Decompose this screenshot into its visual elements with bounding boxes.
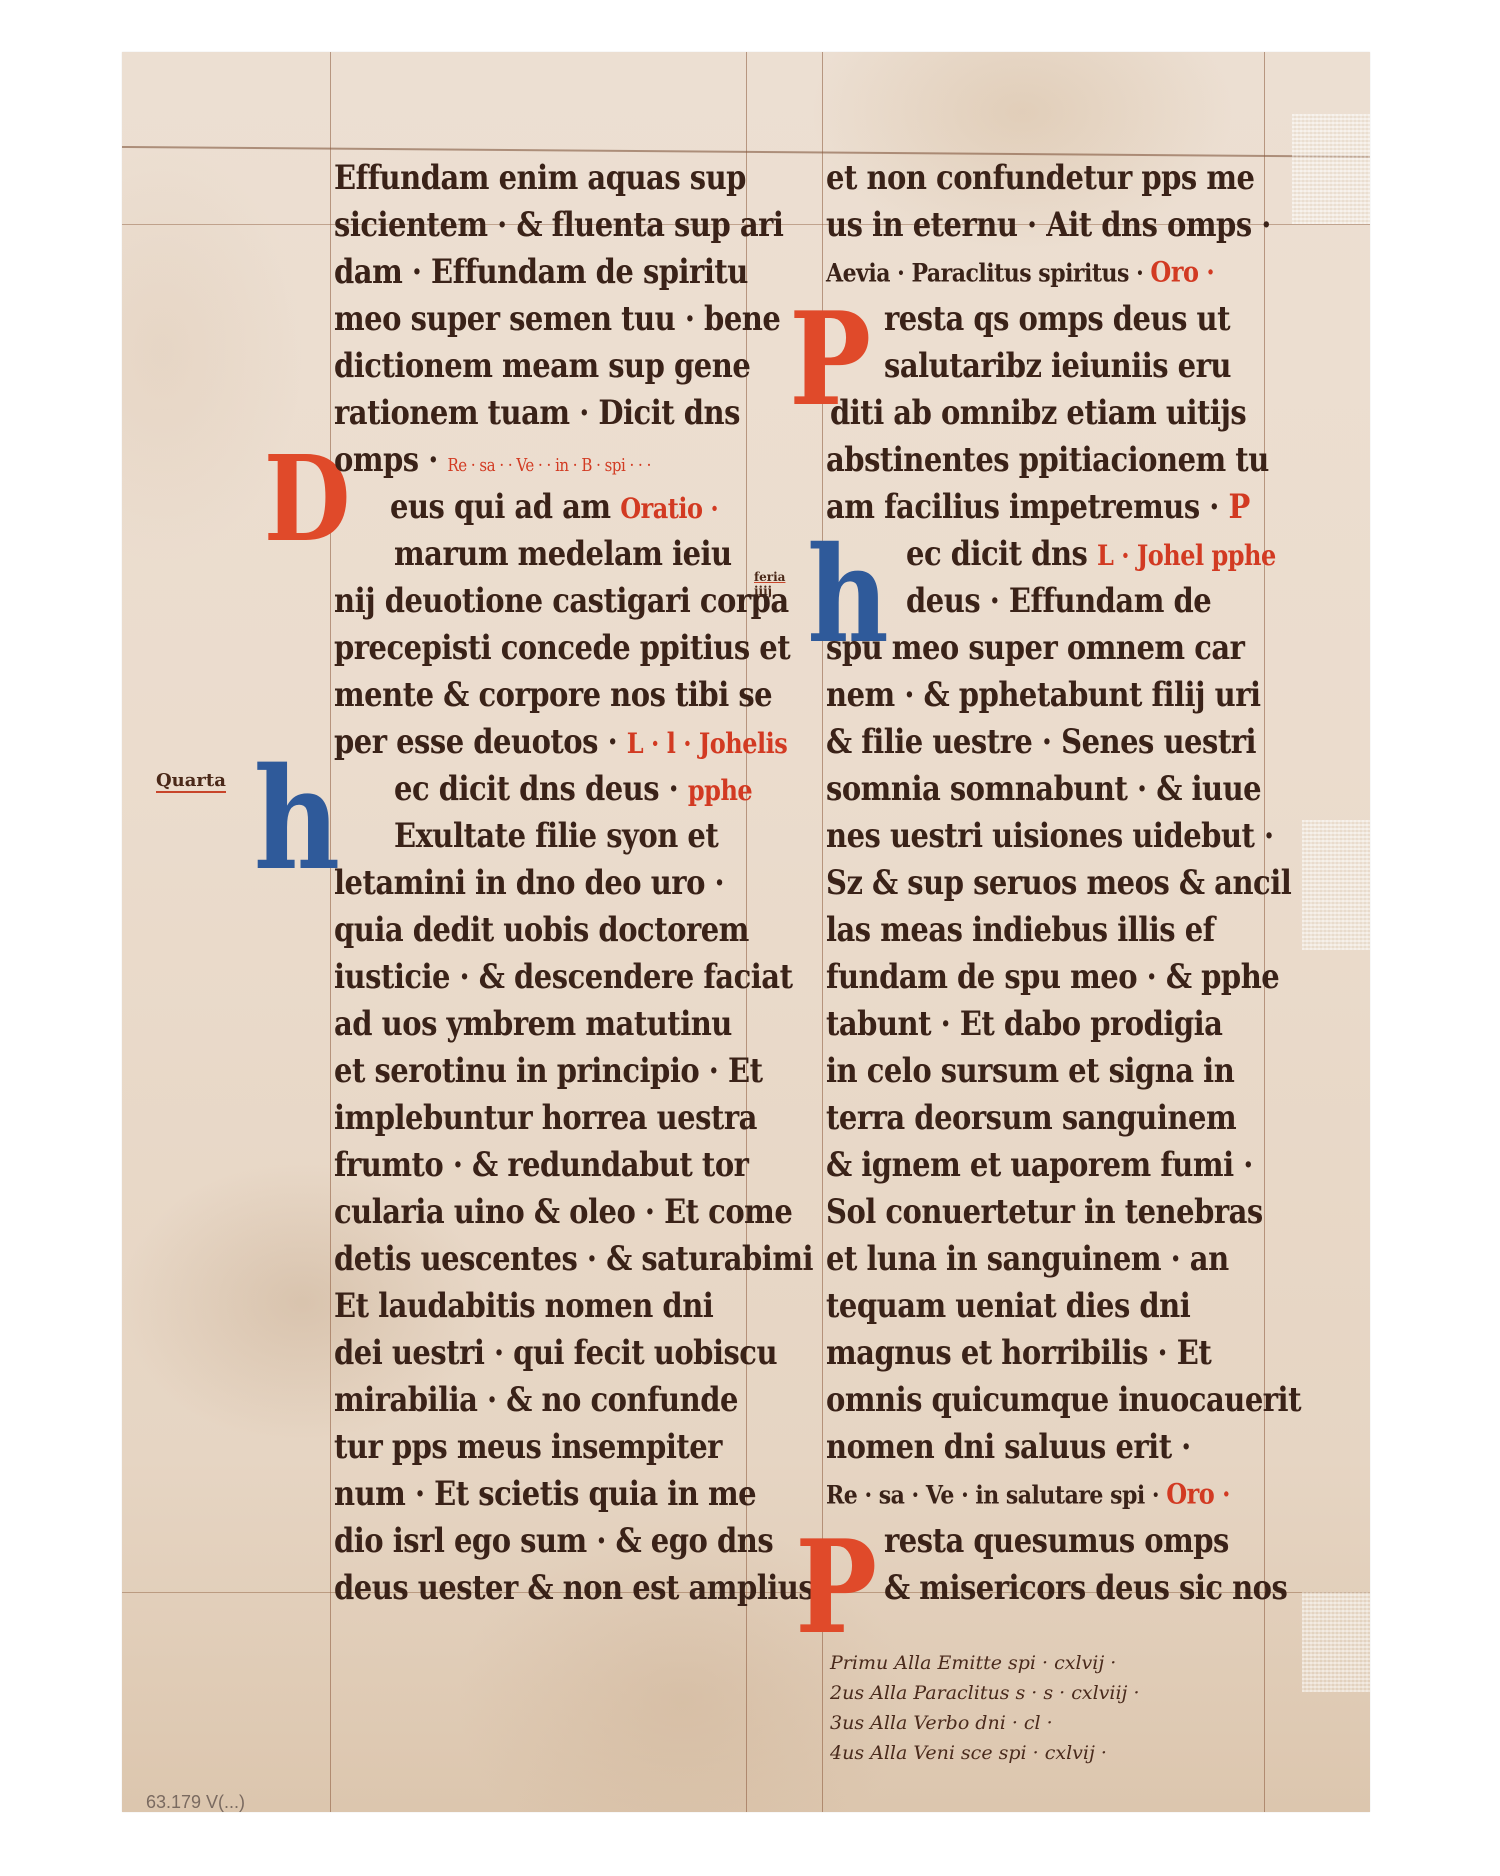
text-line: dictionem meam sup gene [334, 339, 750, 393]
text-line: Aevia · Paraclitus spiritus · Oro · [826, 245, 1214, 299]
text-line: somnia somnabunt · & iuue [826, 762, 1261, 816]
text-line: mente & corpore nos tibi se [334, 668, 772, 722]
text-line: resta quesumus omps [884, 1514, 1229, 1568]
text-line: Sz & sup seruos meos & ancil [826, 856, 1291, 910]
text-segment: am facilius impetremus · [826, 487, 1219, 526]
parchment-repair-patch [1302, 1592, 1370, 1692]
text-line: dei uestri · qui fecit uobiscu [334, 1326, 777, 1380]
text-line: am facilius impetremus · P [826, 480, 1250, 534]
text-line: omnis quicumque inuocauerit [826, 1373, 1301, 1427]
manuscript-leaf: Quarta feria iiij 63.179 V(...) D h Effu… [122, 52, 1370, 1812]
text-line: num · Et scietis quia in me [334, 1467, 756, 1521]
column-ruling-left-start [330, 52, 331, 1812]
text-line: tequam ueniat dies dni [826, 1279, 1190, 1333]
text-segment: per esse deuotos · [334, 722, 617, 761]
rubric-lectio: L · l · Johelis [627, 726, 787, 759]
text-segment: omps · [334, 440, 438, 479]
text-line: mirabilia · & no confunde [334, 1373, 738, 1427]
marginal-alleluia-notes: Primu Alla Emitte spi · cxlvij · 2us All… [830, 1652, 1250, 1782]
text-segment: ec dicit dns deus · [394, 769, 678, 808]
text-line: Et laudabitis nomen dni [334, 1279, 713, 1333]
text-line: meo super semen tuu · bene [334, 292, 780, 346]
text-line: tabunt · Et dabo prodigia [826, 997, 1222, 1051]
parchment-repair-patch [1292, 114, 1370, 224]
text-line: et serotinu in principio · Et [334, 1044, 762, 1098]
rubric-lectio: L · Johel pphe [1097, 538, 1276, 571]
text-line: rationem tuam · Dicit dns [334, 386, 740, 440]
text-line: ec dicit dns deus · pphe [394, 762, 752, 816]
text-line: diti ab omnibz etiam uitijs [830, 386, 1246, 440]
text-line: iusticie · & descendere faciat [334, 950, 792, 1004]
text-segment: ec dicit dns [906, 534, 1087, 573]
text-segment: eus qui ad am [390, 487, 611, 526]
text-line: Effundam enim aquas sup [334, 151, 746, 205]
text-line: quia dedit uobis doctorem [334, 903, 749, 957]
text-line: marum medelam ieiu [394, 527, 732, 581]
text-line: fundam de spu meo · & pphe [826, 950, 1279, 1004]
text-line: nij deuotione castigari corpa [334, 574, 789, 628]
parchment-repair-patch [1302, 820, 1370, 950]
text-line: omps · Re · sa · · Ve · · in · B · spi ·… [334, 433, 651, 487]
text-line: nes uestri uisiones uidebut · [826, 809, 1274, 863]
text-line: Re · sa · Ve · in salutare spi · Oro · [826, 1467, 1230, 1521]
text-line: salutaribz ieiuniis eru [884, 339, 1231, 393]
text-line: Exultate filie syon et [394, 809, 718, 863]
rubric-oratio: Oratio · [620, 491, 718, 524]
marginal-note-line: 4us Alla Veni sce spi · cxlvij · [830, 1742, 1107, 1764]
text-line: us in eternu · Ait dns omps · [826, 198, 1271, 252]
text-line: ad uos ymbrem matutinu [334, 997, 732, 1051]
text-line: Sol conuertetur in tenebras [826, 1185, 1263, 1239]
text-line: nomen dni saluus erit · [826, 1420, 1191, 1474]
text-line: in celo sursum et signa in [826, 1044, 1234, 1098]
rubric-oratio: Oro · [1150, 255, 1214, 288]
column-ruling-right-end [1264, 52, 1265, 1812]
text-line: resta qs omps deus ut [884, 292, 1230, 346]
text-line: abstinentes ppitiacionem tu [826, 433, 1269, 487]
text-line: deus uester & non est amplius [334, 1561, 814, 1615]
text-line: frumto · & redundabut tor [334, 1138, 748, 1192]
text-line: las meas indiebus illis ef [826, 903, 1215, 957]
text-line: spu meo super omnem car [826, 621, 1244, 675]
text-line: ec dicit dns L · Johel pphe [906, 527, 1276, 581]
marginal-note-line: Primu Alla Emitte spi · cxlvij · [830, 1652, 1116, 1674]
text-line: dam · Effundam de spiritu [334, 245, 748, 299]
marginal-note-line: 2us Alla Paraclitus s · s · cxlviij · [830, 1682, 1140, 1704]
text-line: et non confundetur pps me [826, 151, 1254, 205]
text-line: deus · Effundam de [906, 574, 1211, 628]
text-line: et luna in sanguinem · an [826, 1232, 1229, 1286]
text-line: terra deorsum sanguinem [826, 1091, 1236, 1145]
text-line: implebuntur horrea uestra [334, 1091, 757, 1145]
rubric-responsory: Re · sa · · Ve · · in · B · spi · · · [447, 455, 650, 476]
decorated-initial-p: P [795, 1524, 877, 1652]
text-line: eus qui ad am Oratio · [390, 480, 718, 534]
rubric-prophetia: pphe [688, 773, 752, 806]
text-line: & ignem et uaporem fumi · [826, 1138, 1253, 1192]
decorated-initial-h: h [254, 750, 341, 890]
text-line: magnus et horribilis · Et [826, 1326, 1211, 1380]
rubric-paragraph-mark: P [1229, 487, 1250, 526]
marginal-note-line: 3us Alla Verbo dni · cl · [830, 1712, 1053, 1734]
text-line: dio isrl ego sum · & ego dns [334, 1514, 773, 1568]
text-line: tur pps meus insempiter [334, 1420, 722, 1474]
margin-label-quarta: Quarta [156, 770, 226, 793]
text-line: cularia uino & oleo · Et come [334, 1185, 792, 1239]
text-line: detis uescentes · & saturabimi [334, 1232, 813, 1286]
text-line: nem · & pphetabunt filij uri [826, 668, 1261, 722]
text-line: & misericors deus sic nos [884, 1561, 1287, 1615]
pencil-shelfmark: 63.179 V(...) [146, 1792, 245, 1813]
rubric-oratio: Oro · [1166, 1477, 1230, 1510]
text-line: letamini in dno deo uro · [334, 856, 724, 910]
text-line: & filie uestre · Senes uestri [826, 715, 1256, 769]
text-line: precepisti concede ppitius et [334, 621, 790, 675]
text-segment: Re · sa · Ve · in salutare spi · [826, 1481, 1159, 1511]
text-segment: Aevia · Paraclitus spiritus · [826, 259, 1143, 289]
text-line: sicientem · & fluenta sup ari [334, 198, 783, 252]
text-line: per esse deuotos · L · l · Johelis [334, 715, 787, 769]
